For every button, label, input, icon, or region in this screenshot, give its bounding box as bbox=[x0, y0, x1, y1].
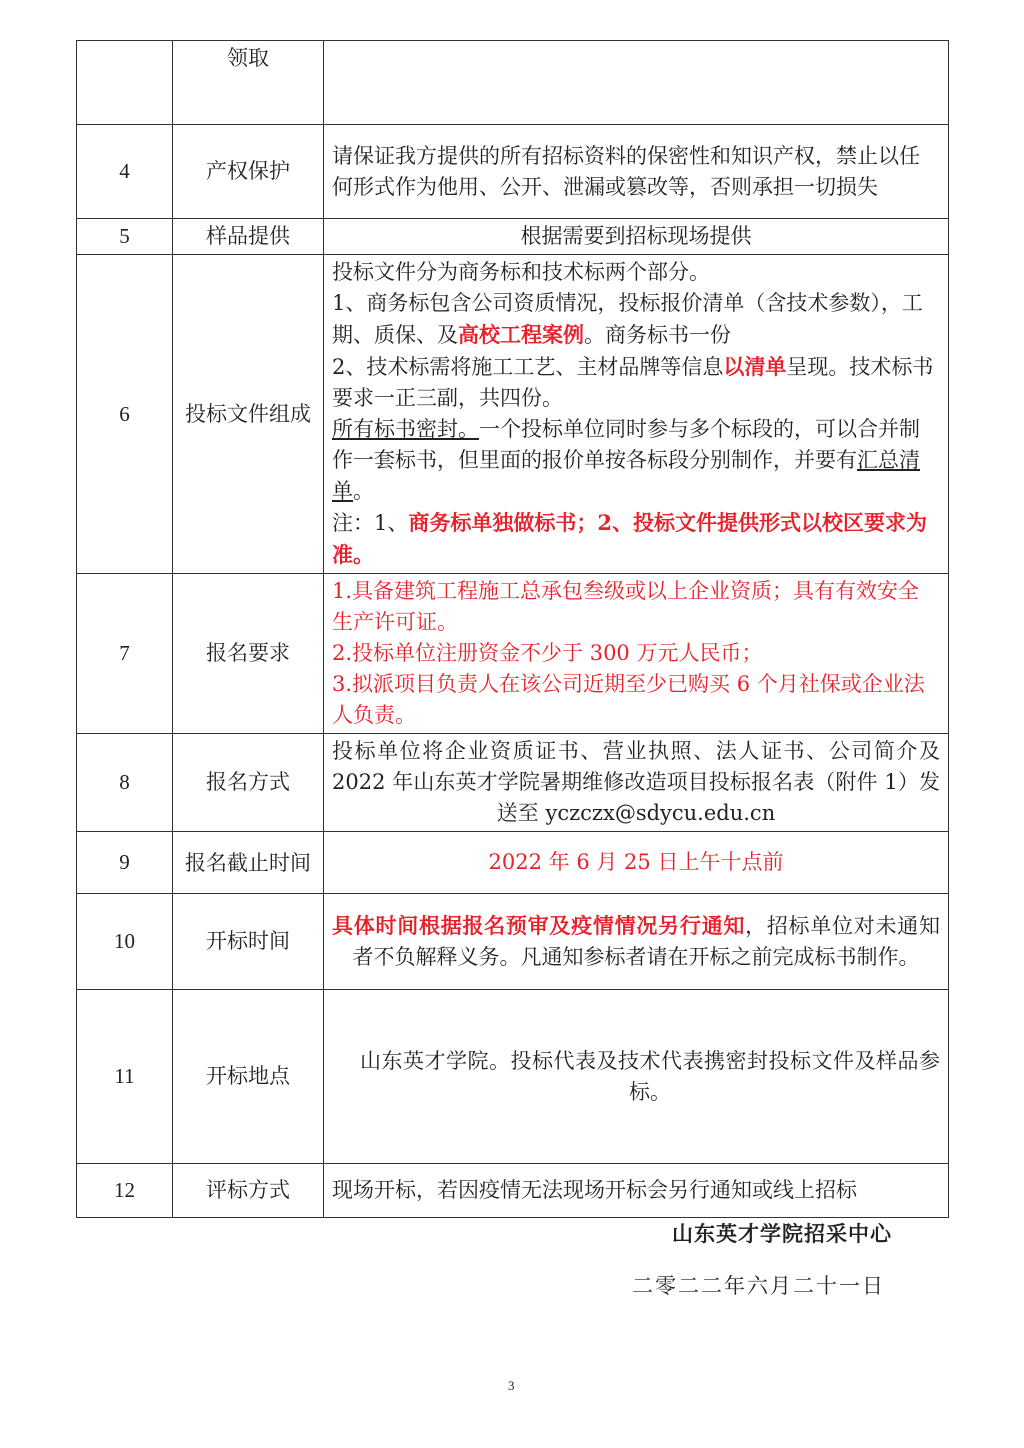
requirement-1: 1.具备建筑工程施工总承包叁级或以上企业资质；具有有效安全生产许可证。 bbox=[332, 576, 940, 638]
table-row: 5 样品提供 根据需要到招标现场提供 bbox=[77, 219, 949, 255]
note-prefix: 注：1、 bbox=[332, 511, 408, 535]
row-label: 评标方式 bbox=[173, 1164, 324, 1218]
row-label: 开标时间 bbox=[173, 894, 324, 990]
row-label: 产权保护 bbox=[173, 125, 324, 219]
row-content: 投标单位将企业资质证书、营业执照、法人证书、公司简介及 2022 年山东英才学院… bbox=[324, 734, 949, 832]
highlight-list: 以清单 bbox=[723, 354, 786, 379]
note-red: 商务标单独做标书；2、投标文件提供形式以校区要求为准。 bbox=[332, 510, 927, 567]
table-row: 7 报名要求 1.具备建筑工程施工总承包叁级或以上企业资质；具有有效安全生产许可… bbox=[77, 574, 949, 734]
row-label: 领取 bbox=[173, 41, 324, 125]
row-number: 12 bbox=[77, 1164, 173, 1218]
row-number: 11 bbox=[77, 990, 173, 1164]
requirement-3: 3.拟派项目负责人在该公司近期至少已购买 6 个月社保或企业法人负责。 bbox=[332, 669, 940, 731]
deadline-value: 2022 年 6 月 25 日上午十点前 bbox=[324, 832, 949, 894]
sealing-text: 所有标书密封。一个投标单位同时参与多个标段的，可以合并制作一套标书，但里面的报价… bbox=[332, 414, 940, 507]
row-label: 报名要求 bbox=[173, 574, 324, 734]
technical-bid-pre: 2、技术标需将施工工艺、主材品牌等信息 bbox=[332, 355, 723, 379]
row-number: 8 bbox=[77, 734, 173, 832]
business-bid-text: 1、商务标包含公司资质情况，投标报价清单（含技术参数），工期、质保、及高校工程案… bbox=[332, 288, 940, 351]
row-content: 请保证我方提供的所有招标资料的保密性和知识产权，禁止以任何形式作为他用、公开、泄… bbox=[324, 125, 949, 219]
row-content bbox=[324, 41, 949, 125]
requirement-2: 2.投标单位注册资金不少于 300 万元人民币； bbox=[332, 638, 940, 669]
signature-date: 二零二二年六月二十一日 bbox=[632, 1270, 885, 1300]
row-content: 投标文件分为商务标和技术标两个部分。 1、商务标包含公司资质情况，投标报价清单（… bbox=[324, 255, 949, 574]
intro-text: 投标文件分为商务标和技术标两个部分。 bbox=[332, 257, 940, 288]
row-number: 7 bbox=[77, 574, 173, 734]
row-number: 4 bbox=[77, 125, 173, 219]
sealed-underlined: 所有标书密封。 bbox=[332, 417, 479, 441]
table-row: 6 投标文件组成 投标文件分为商务标和技术标两个部分。 1、商务标包含公司资质情… bbox=[77, 255, 949, 574]
highlight-cases: 高校工程案例 bbox=[458, 322, 584, 347]
row-number: 6 bbox=[77, 255, 173, 574]
row-label: 开标地点 bbox=[173, 990, 324, 1164]
document-page: 领取 4 产权保护 请保证我方提供的所有招标资料的保密性和知识产权，禁止以任何形… bbox=[0, 0, 1024, 1448]
table-row: 12 评标方式 现场开标，若因疫情无法现场开标会另行通知或线上招标 bbox=[77, 1164, 949, 1218]
row-label: 投标文件组成 bbox=[173, 255, 324, 574]
row-number: 9 bbox=[77, 832, 173, 894]
row-label: 报名方式 bbox=[173, 734, 324, 832]
opening-time-red: 具体时间根据报名预审及疫情情况另行通知 bbox=[332, 913, 745, 938]
business-bid-post: 。商务标书一份 bbox=[584, 323, 731, 347]
table-row: 4 产权保护 请保证我方提供的所有招标资料的保密性和知识产权，禁止以任何形式作为… bbox=[77, 125, 949, 219]
tender-info-table: 领取 4 产权保护 请保证我方提供的所有招标资料的保密性和知识产权，禁止以任何形… bbox=[76, 40, 949, 1218]
row-label: 报名截止时间 bbox=[173, 832, 324, 894]
row-content: 山东英才学院。投标代表及技术代表携密封投标文件及样品参标。 bbox=[324, 990, 949, 1164]
table-row: 11 开标地点 山东英才学院。投标代表及技术代表携密封投标文件及样品参标。 bbox=[77, 990, 949, 1164]
row-content: 现场开标，若因疫情无法现场开标会另行通知或线上招标 bbox=[324, 1164, 949, 1218]
row-content: 具体时间根据报名预审及疫情情况另行通知，招标单位对未通知者不负解释义务。凡通知参… bbox=[324, 894, 949, 990]
table-row: 8 报名方式 投标单位将企业资质证书、营业执照、法人证书、公司简介及 2022 … bbox=[77, 734, 949, 832]
signature-org: 山东英才学院招采中心 bbox=[672, 1218, 892, 1248]
table-row: 9 报名截止时间 2022 年 6 月 25 日上午十点前 bbox=[77, 832, 949, 894]
row-number: 10 bbox=[77, 894, 173, 990]
summary-end: 。 bbox=[353, 479, 374, 503]
table-row: 领取 bbox=[77, 41, 949, 125]
row-label: 样品提供 bbox=[173, 219, 324, 255]
note-text: 注：1、商务标单独做标书；2、投标文件提供形式以校区要求为准。 bbox=[332, 507, 940, 571]
row-number: 5 bbox=[77, 219, 173, 255]
row-content: 1.具备建筑工程施工总承包叁级或以上企业资质；具有有效安全生产许可证。 2.投标… bbox=[324, 574, 949, 734]
row-number bbox=[77, 41, 173, 125]
technical-bid-text: 2、技术标需将施工工艺、主材品牌等信息以清单呈现。技术标书要求一正三副，共四份。 bbox=[332, 351, 940, 414]
page-number: 3 bbox=[508, 1378, 515, 1394]
row-content: 根据需要到招标现场提供 bbox=[324, 219, 949, 255]
table-row: 10 开标时间 具体时间根据报名预审及疫情情况另行通知，招标单位对未通知者不负解… bbox=[77, 894, 949, 990]
